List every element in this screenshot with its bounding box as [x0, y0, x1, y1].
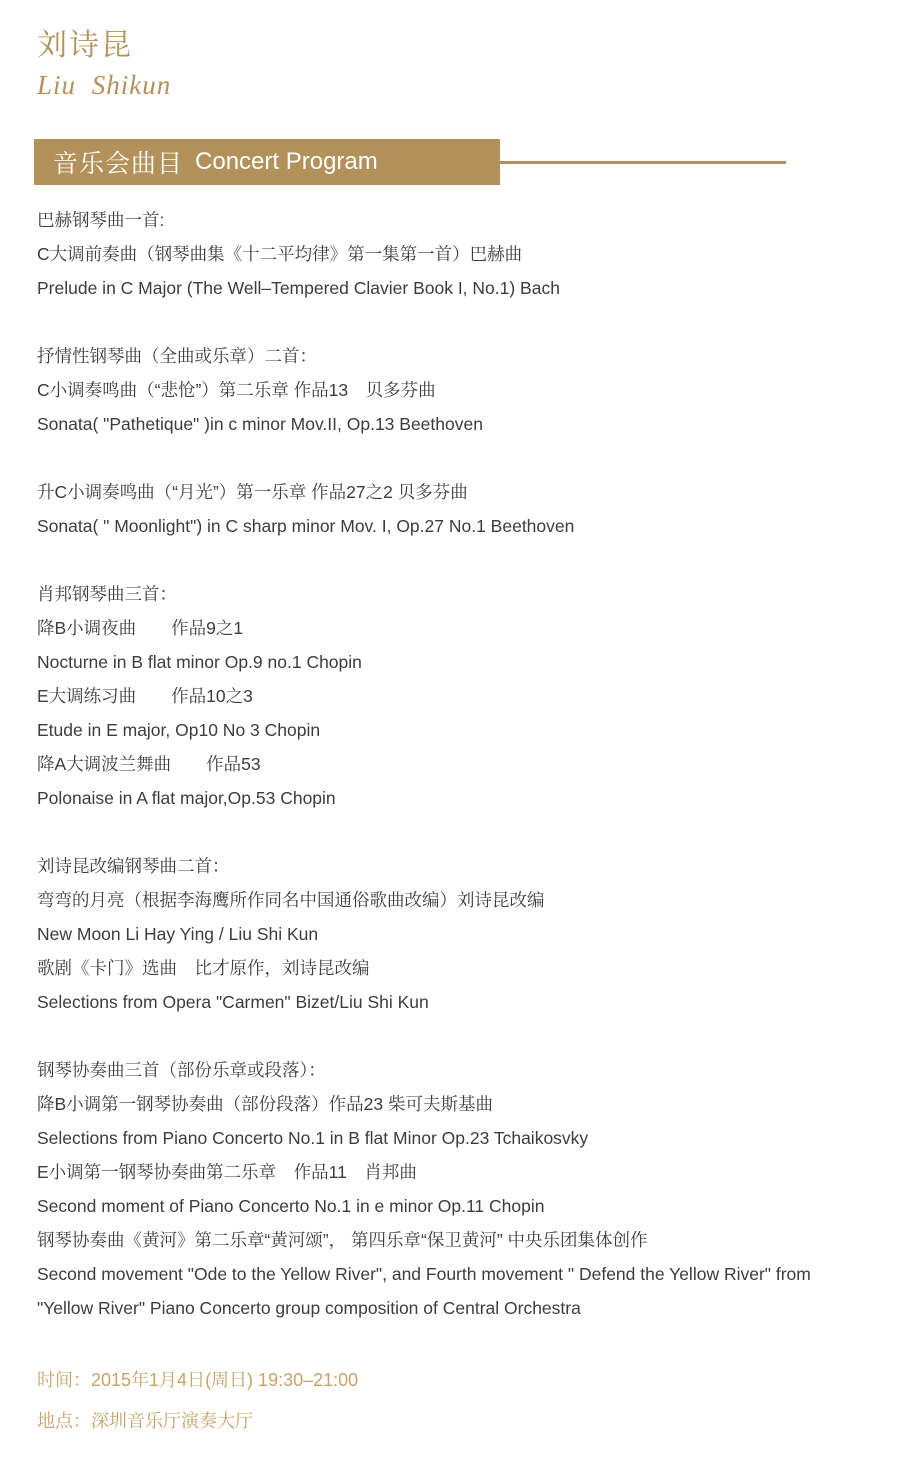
program-line: 抒情性钢琴曲（全曲或乐章）二首：	[37, 339, 867, 373]
program-line: New Moon Li Hay Ying / Liu Shi Kun	[37, 917, 867, 951]
program-line: Selections from Piano Concerto No.1 in B…	[37, 1121, 867, 1155]
program-line: 刘诗昆改编钢琴曲二首：	[37, 849, 867, 883]
program-line: 降B小调夜曲 作品9之1	[37, 611, 867, 645]
program-section: 刘诗昆改编钢琴曲二首：弯弯的月亮（根据李海鹰所作同名中国通俗歌曲改编）刘诗昆改编…	[37, 849, 867, 1019]
program-list: 巴赫钢琴曲一首:C大调前奏曲（钢琴曲集《十二平均律》第一集第一首）巴赫曲Prel…	[37, 203, 867, 1359]
banner-label-english: Concert Program	[195, 148, 378, 176]
program-section: 肖邦钢琴曲三首：降B小调夜曲 作品9之1Nocturne in B flat m…	[37, 577, 867, 815]
section-header-row: 音乐会曲目 Concert Program	[34, 139, 786, 185]
program-section: 钢琴协奏曲三首（部份乐章或段落）：降B小调第一钢琴协奏曲（部份段落）作品23 柴…	[37, 1053, 867, 1325]
program-line: 降A大调波兰舞曲 作品53	[37, 747, 867, 781]
event-venue: 地点：深圳音乐厅演奏大厅	[37, 1401, 867, 1442]
program-line: E小调第一钢琴协奏曲第二乐章 作品11 肖邦曲	[37, 1155, 867, 1189]
program-line: Second moment of Piano Concerto No.1 in …	[37, 1189, 867, 1223]
program-line: C大调前奏曲（钢琴曲集《十二平均律》第一集第一首）巴赫曲	[37, 237, 867, 271]
banner-label-chinese: 音乐会曲目	[53, 144, 183, 180]
banner-rule-line	[500, 161, 786, 164]
program-line: 弯弯的月亮（根据李海鹰所作同名中国通俗歌曲改编）刘诗昆改编	[37, 883, 867, 917]
program-section: 升C小调奏鸣曲（“月光”）第一乐章 作品27之2 贝多芬曲Sonata( " M…	[37, 475, 867, 543]
program-line: C小调奏鸣曲（“悲怆”）第二乐章 作品13 贝多芬曲	[37, 373, 867, 407]
program-line: Selections from Opera "Carmen" Bizet/Liu…	[37, 985, 867, 1019]
event-details: 时间：2015年1月4日(周日) 19:30–21:00 地点：深圳音乐厅演奏大…	[37, 1360, 867, 1442]
program-line: 肖邦钢琴曲三首：	[37, 577, 867, 611]
program-line: 歌剧《卡门》选曲 比才原作，刘诗昆改编	[37, 951, 867, 985]
program-line: Second movement "Ode to the Yellow River…	[37, 1257, 867, 1291]
concert-program-page: 刘诗昆 Liu Shikun 音乐会曲目 Concert Program 巴赫钢…	[0, 0, 900, 1459]
event-time: 时间：2015年1月4日(周日) 19:30–21:00	[37, 1360, 867, 1401]
program-line: 巴赫钢琴曲一首:	[37, 203, 867, 237]
program-line: 升C小调奏鸣曲（“月光”）第一乐章 作品27之2 贝多芬曲	[37, 475, 867, 509]
program-line: 降B小调第一钢琴协奏曲（部份段落）作品23 柴可夫斯基曲	[37, 1087, 867, 1121]
program-line: E大调练习曲 作品10之3	[37, 679, 867, 713]
program-section: 抒情性钢琴曲（全曲或乐章）二首：C小调奏鸣曲（“悲怆”）第二乐章 作品13 贝多…	[37, 339, 867, 441]
page-title-english: Liu Shikun	[37, 66, 863, 104]
program-line: Polonaise in A flat major,Op.53 Chopin	[37, 781, 867, 815]
program-line: "Yellow River" Piano Concerto group comp…	[37, 1291, 867, 1325]
program-line: 钢琴协奏曲三首（部份乐章或段落）：	[37, 1053, 867, 1087]
program-line: Prelude in C Major (The Well–Tempered Cl…	[37, 271, 867, 305]
page-title-chinese: 刘诗昆	[37, 26, 863, 66]
program-line: Nocturne in B flat minor Op.9 no.1 Chopi…	[37, 645, 867, 679]
concert-program-banner: 音乐会曲目 Concert Program	[34, 139, 500, 185]
program-line: Sonata( " Moonlight") in C sharp minor M…	[37, 509, 867, 543]
program-line: Etude in E major, Op10 No 3 Chopin	[37, 713, 867, 747]
program-section: 巴赫钢琴曲一首:C大调前奏曲（钢琴曲集《十二平均律》第一集第一首）巴赫曲Prel…	[37, 203, 867, 305]
program-line: Sonata( "Pathetique" )in c minor Mov.II,…	[37, 407, 867, 441]
program-line: 钢琴协奏曲《黄河》第二乐章“黄河颂”， 第四乐章“保卫黄河” 中央乐团集体创作	[37, 1223, 867, 1257]
